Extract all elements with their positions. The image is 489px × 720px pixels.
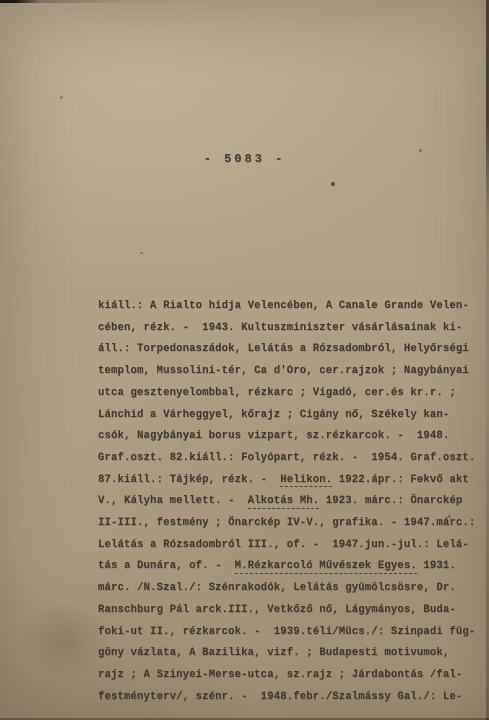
scan-edge-top bbox=[0, 0, 489, 3]
text-segment: foki-ut II., rézkarcok. - 1939.téli/Mücs… bbox=[98, 626, 475, 638]
text-segment: Lánchid a Várheggyel, kőrajz ; Cigány nő… bbox=[98, 409, 449, 421]
text-line: templom, Mussolini-tér, Ca d'Oro, cer.ra… bbox=[98, 361, 478, 383]
text-segment: V., Kályha mellett. - bbox=[98, 495, 248, 507]
text-line: göny vázlata, A Bazilika, vizf. ; Budape… bbox=[98, 643, 478, 665]
text-line: festményterv/, szénr. - 1948.febr./Szalm… bbox=[98, 687, 478, 709]
underlined-text-segment: M.Rézkarcoló Művészek Egyes. bbox=[235, 560, 417, 574]
text-line: Lelátás a Rózsadombról III., of. - 1947.… bbox=[98, 535, 478, 557]
text-segment: 1922.ápr.: Fekvő akt bbox=[332, 474, 469, 486]
text-line: V., Kályha mellett. - Alkotás Mh. 1923. … bbox=[98, 491, 478, 513]
text-line: csók, Nagybányai borus vizpart, sz.rézka… bbox=[98, 426, 478, 448]
text-segment: csók, Nagybányai borus vizpart, sz.rézka… bbox=[98, 430, 449, 442]
text-line: Lánchid a Várheggyel, kőrajz ; Cigány nő… bbox=[98, 405, 478, 427]
paper-speck bbox=[140, 252, 143, 254]
text-line: áll.: Torpedonaszádok, Lelátás a Rózsado… bbox=[98, 339, 478, 361]
paper-stain bbox=[20, 600, 110, 680]
text-segment: festményterv/, szénr. - 1948.febr./Szalm… bbox=[98, 691, 462, 703]
text-segment: Graf.oszt. 82.kiáll.: Folyópart, rézk. -… bbox=[98, 452, 475, 464]
text-segment: templom, Mussolini-tér, Ca d'Oro, cer.ra… bbox=[98, 365, 469, 377]
text-segment: tás a Dunára, of. - bbox=[98, 560, 235, 572]
text-segment: utca gesztenyelombbal, rézkarc ; Vigadó,… bbox=[98, 387, 456, 399]
paper-speck bbox=[331, 182, 335, 186]
text-line: utca gesztenyelombbal, rézkarc ; Vigadó,… bbox=[98, 383, 478, 405]
text-line: rajz ; A Szinyei-Merse-utca, sz.rajz ; J… bbox=[98, 665, 478, 687]
text-segment: 1923. márc.: Önarckép bbox=[319, 495, 462, 507]
text-line: II-III., festmény ; Önarckép IV-V., graf… bbox=[98, 513, 478, 535]
text-line: Graf.oszt. 82.kiáll.: Folyópart, rézk. -… bbox=[98, 448, 478, 470]
text-segment: áll.: Torpedonaszádok, Lelátás a Rózsado… bbox=[98, 343, 469, 355]
text-line: 87.kiáll.: Tájkép, rézk. - Helikon. 1922… bbox=[98, 470, 478, 492]
text-segment: II-III., festmény ; Önarckép IV-V., graf… bbox=[98, 517, 475, 529]
text-segment: göny vázlata, A Bazilika, vizf. ; Budape… bbox=[98, 647, 449, 659]
text-line: márc. /N.Szal./: Szénrakodók, Lelátás gy… bbox=[98, 578, 478, 600]
text-line: Ranschburg Pál arck.III., Vetkőző nő, Lá… bbox=[98, 600, 478, 622]
text-segment: márc. /N.Szal./: Szénrakodók, Lelátás gy… bbox=[98, 582, 456, 594]
underlined-text-segment: Helikon. bbox=[280, 474, 332, 488]
text-segment: rajz ; A Szinyei-Merse-utca, sz.rajz ; J… bbox=[98, 669, 462, 681]
text-line: tás a Dunára, of. - M.Rézkarcoló Művésze… bbox=[98, 556, 478, 578]
text-line: foki-ut II., rézkarcok. - 1939.téli/Mücs… bbox=[98, 622, 478, 644]
text-line: cében, rézk. - 1943. Kultuszminiszter vá… bbox=[98, 318, 478, 340]
text-segment: 87.kiáll.: Tájkép, rézk. - bbox=[98, 474, 280, 486]
text-segment: kiáll.: A Rialto hidja Velencében, A Can… bbox=[98, 300, 469, 312]
text-segment: cében, rézk. - 1943. Kultuszminiszter vá… bbox=[98, 322, 462, 334]
page-number: - 5083 - bbox=[0, 152, 489, 166]
text-segment: Lelátás a Rózsadombról III., of. - 1947.… bbox=[98, 539, 469, 551]
text-line: kiáll.: A Rialto hidja Velencében, A Can… bbox=[98, 296, 478, 318]
typewritten-text-block: kiáll.: A Rialto hidja Velencében, A Can… bbox=[98, 296, 478, 708]
text-segment: 1931. bbox=[417, 560, 456, 572]
underlined-text-segment: Alkotás Mh. bbox=[248, 495, 320, 509]
text-segment: Ranschburg Pál arck.III., Vetkőző nő, Lá… bbox=[98, 604, 456, 616]
paper-speck bbox=[60, 96, 63, 99]
scanned-page: - 5083 - kiáll.: A Rialto hidja Velencéb… bbox=[0, 0, 489, 720]
